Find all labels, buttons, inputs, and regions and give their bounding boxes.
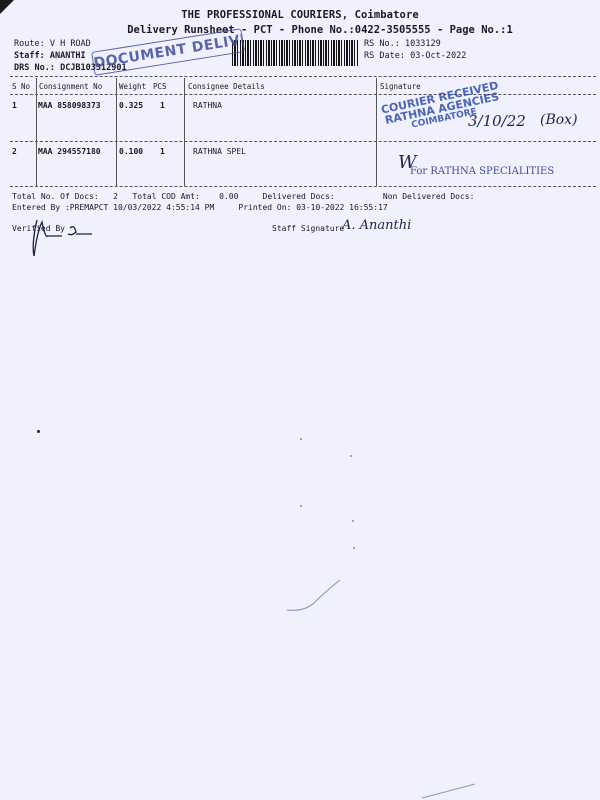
scan-mark (285, 578, 345, 618)
weight: 0.100 (119, 147, 143, 156)
rs-block: RS No.: 1033129 RS Date: 03-Oct-2022 (364, 38, 466, 62)
consignee: RATHNA SPEL (193, 147, 246, 156)
pcs: 1 (160, 147, 165, 156)
scan-speck (353, 547, 355, 549)
header-sno: S No (12, 82, 30, 91)
handwritten-box-note: (Box) (540, 112, 578, 128)
pcs: 1 (160, 101, 165, 110)
header-pcs: PCS (153, 82, 167, 91)
verifier-signature (22, 212, 92, 262)
entry-row: Entered By :PREMAPCT 10/03/2022 4:55:14 … (12, 203, 388, 212)
header-signature: Signature (380, 82, 421, 91)
weight: 0.325 (119, 101, 143, 110)
scan-speck (37, 430, 40, 433)
header-weight: Weight (119, 82, 146, 91)
staff-value: ANANTHI (50, 51, 86, 61)
scan-speck (300, 438, 302, 440)
staff-handwritten-signature: A. Ananthi (342, 218, 411, 233)
rs-no-row: RS No.: 1033129 (364, 38, 466, 50)
handwritten-date: 3/10/22 (468, 112, 526, 130)
scan-speck (300, 505, 302, 507)
divider (10, 186, 596, 187)
barcode (232, 40, 358, 66)
totals-row: Total No. Of Docs: 2 Total COD Amt: 0.00… (12, 192, 474, 201)
scan-speck (352, 520, 354, 522)
header-consignment: Consignment No (39, 82, 102, 91)
consignee: RATHNA (193, 101, 222, 110)
header-consignee: Consignee Details (188, 82, 265, 91)
rs-date-row: RS Date: 03-Oct-2022 (364, 50, 466, 62)
scan-mark (420, 780, 480, 800)
column-rule (36, 78, 37, 186)
route-value: V H ROAD (50, 39, 91, 49)
staff-signature-label: Staff Signature (272, 224, 344, 233)
rs-no-value: 1033129 (405, 39, 441, 49)
total-docs-value: 2 (113, 192, 118, 201)
runsheet-page: THE PROFESSIONAL COURIERS, Coimbatore De… (0, 0, 600, 800)
rs-date-value: 03-Oct-2022 (410, 51, 466, 61)
scan-speck (350, 455, 352, 457)
consignment-no: MAA 858098373 (38, 101, 101, 110)
column-rule (116, 78, 117, 186)
total-cod-value: 0.00 (219, 192, 238, 201)
specialities-stamp: For RATHNA SPECIALITIES (410, 166, 554, 177)
column-rule (184, 78, 185, 186)
printed-on: Printed On: 03-10-2022 16:55:17 (238, 203, 387, 212)
runsheet-subtitle: Delivery Runsheet - PCT - Phone No.:0422… (0, 24, 600, 36)
consignment-no: MAA 294557180 (38, 147, 101, 156)
company-title: THE PROFESSIONAL COURIERS, Coimbatore (0, 9, 600, 21)
entered-by: Entered By :PREMAPCT 10/03/2022 4:55:14 … (12, 203, 214, 212)
divider (10, 141, 596, 142)
